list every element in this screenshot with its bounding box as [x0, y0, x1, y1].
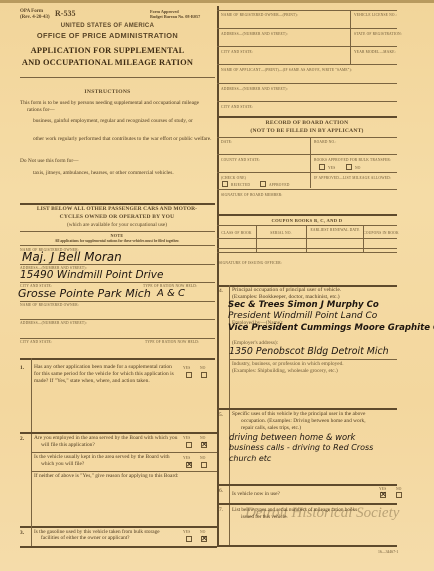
- header-divider: [20, 77, 215, 78]
- bulk-yes-label: YES: [328, 166, 335, 170]
- q5-answer-line3[interactable]: church etc: [229, 454, 271, 463]
- q3-top-rule: [20, 526, 217, 528]
- col-coupons-in-book: COUPONS IN BOOK: [363, 231, 399, 235]
- year-model-field[interactable]: [354, 55, 394, 63]
- registered-owner-field[interactable]: [221, 18, 346, 27]
- applicant-address-field[interactable]: [221, 92, 393, 101]
- watermark: Detroit Historical Society: [245, 505, 399, 522]
- coupon-books-title: COUPON BOOKS B, C, AND D: [217, 218, 397, 223]
- board-action-subtitle: (NOT TO BE FILLED IN BY APPLICANT): [217, 128, 397, 134]
- instructions-do-not: Do Not use this form for—: [20, 158, 210, 165]
- approval-line2: Budget Bureau No. 08-R057: [150, 14, 200, 19]
- q3-yes-label: YES: [183, 530, 190, 534]
- q2-text-a: Are you employed in the area served by t…: [34, 435, 178, 449]
- rule: [217, 189, 397, 190]
- owner-city-label: CITY AND STATE:: [221, 50, 253, 54]
- form-id: OPA Form (Rev. 4-20-43): [20, 9, 50, 20]
- form-bottom-rule-left: [20, 546, 217, 548]
- bulk-transfer-yes-checkbox[interactable]: [319, 164, 325, 170]
- q6-text: Is vehicle now in use?: [232, 491, 280, 498]
- q6-yes-checkbox[interactable]: [380, 492, 386, 498]
- board-box-split: [310, 137, 311, 188]
- rule: [20, 301, 215, 302]
- instructions-item-war-effort: other work regularly performed that cont…: [33, 136, 213, 143]
- form-revision: (Rev. 4-20-43): [20, 15, 50, 21]
- budget-approval: Form Approved Budget Bureau No. 08-R057: [150, 9, 200, 19]
- rejected-label: REJECTED: [231, 183, 250, 187]
- rule: [20, 282, 215, 283]
- rule: [217, 46, 397, 47]
- instructions-item-commercial: taxis, jitneys, ambulances, hearses, or …: [33, 170, 213, 177]
- instructions-intro: This form is to be used by persons needi…: [20, 100, 213, 114]
- other-owner2-field[interactable]: [20, 307, 213, 317]
- other-address2-field[interactable]: [20, 325, 213, 335]
- note-text: All applications for supplemental ration…: [18, 239, 216, 243]
- q3-text: Is the gasoline used by this vehicle tak…: [34, 529, 178, 541]
- col-serial-no: SERIAL NO.: [256, 231, 306, 235]
- rule: [20, 338, 215, 339]
- coupon-box-top: [217, 214, 397, 216]
- board-action-title: RECORD OF BOARD ACTION: [217, 120, 397, 126]
- mileage-allowed-label: IF APPROVED—LIST MILEAGE ALLOWED:: [314, 176, 391, 180]
- applicant-address-label: ADDRESS—(NUMBER AND STREET):: [221, 87, 288, 91]
- rule: [229, 359, 397, 360]
- rule: [20, 319, 215, 320]
- paper-top-edge: [0, 0, 434, 3]
- q1-text: Has any other application been made for …: [34, 364, 178, 385]
- q4-number: 4.: [219, 288, 223, 295]
- q5-text-line3: repair calls, sales trips, etc.): [241, 425, 301, 432]
- q1-number: 1.: [20, 365, 24, 372]
- col-class-of-book: CLASS OF BOOK: [217, 231, 256, 235]
- bulk-no-label: NO: [355, 166, 361, 170]
- other-address-value[interactable]: 15490 Windmill Point Drive: [20, 269, 163, 281]
- county-state-label: COUNTY AND STATE:: [221, 158, 260, 162]
- rule: [217, 83, 397, 84]
- other-vehicles-heading: LIST BELOW ALL OTHER PASSENGER CARS AND …: [18, 206, 216, 212]
- q1-no-label: NO: [200, 366, 206, 370]
- q2b-no-checkbox[interactable]: [201, 462, 207, 468]
- owner-city-field[interactable]: [221, 55, 346, 63]
- q2b-yes-checkbox[interactable]: [186, 462, 192, 468]
- instructions-item-business: business, gainful employment, regular an…: [33, 118, 213, 125]
- q4-text: Principal occupation of principal user o…: [232, 287, 341, 294]
- rule: [217, 252, 397, 253]
- q1-yes-label: YES: [183, 366, 190, 370]
- q1-explanation-field[interactable]: [34, 395, 212, 430]
- rule: [31, 452, 217, 453]
- q6-no-checkbox[interactable]: [396, 492, 402, 498]
- q3-yes-checkbox[interactable]: [186, 536, 192, 542]
- other-vehicles-heading-2: CYCLES OWNED OR OPERATED BY YOU: [18, 214, 216, 220]
- vehicle-box-split: [350, 10, 351, 64]
- note-heading: NOTE: [18, 233, 216, 238]
- board-member-signature-field[interactable]: [221, 198, 393, 209]
- rule: [217, 137, 397, 138]
- form-title-line2: AND OCCUPATIONAL MILEAGE RATION: [0, 58, 215, 67]
- board-member-signature-label: SIGNATURE OF BOARD MEMBER:: [221, 193, 283, 197]
- instructions-heading: INSTRUCTIONS: [0, 89, 215, 95]
- q6-top-rule: [217, 484, 397, 486]
- registered-owner-label: NAME OF REGISTERED OWNER—(PRINT):: [221, 13, 298, 17]
- applicant-city-label: CITY AND STATE:: [221, 105, 253, 109]
- q2a-yes-checkbox[interactable]: [186, 442, 192, 448]
- q2-text-c: If neither of above is "Yes," give reaso…: [34, 473, 214, 480]
- approved-checkbox[interactable]: [260, 181, 266, 187]
- rule: [217, 154, 397, 155]
- q4-answer-line1[interactable]: Sec & Trees Simon J Murphy Co: [228, 300, 379, 310]
- q7-number: 7.: [219, 507, 223, 514]
- q5-text-line2: occupation. (Examples: Driving between h…: [241, 418, 366, 425]
- rejected-checkbox[interactable]: [222, 181, 228, 187]
- applicant-name-field[interactable]: [221, 73, 393, 82]
- left-number-column: [31, 526, 32, 546]
- rule: [20, 264, 215, 265]
- q3-no-checkbox[interactable]: [201, 536, 207, 542]
- q5-top-rule: [217, 408, 397, 410]
- board-box-top: [217, 116, 397, 118]
- bulk-transfer-label: BOOKS APPROVED FOR BULK TRANSFER:: [314, 158, 391, 162]
- q6-number: 6.: [219, 488, 223, 495]
- form-title-line1: APPLICATION FOR SUPPLEMENTAL: [0, 46, 215, 55]
- industry-examples: (Examples: Shipbuilding, wholesale groce…: [232, 368, 338, 375]
- other-ration-type-value[interactable]: A & C: [157, 288, 185, 299]
- q1-yes-checkbox[interactable]: [186, 372, 192, 378]
- applicant-city-field[interactable]: [221, 110, 393, 115]
- ration-application-form: OPA Form (Rev. 4-20-43) R-535 Form Appro…: [0, 0, 434, 571]
- approved-label: APPROVED: [269, 183, 290, 187]
- q2b-no-label: NO: [200, 456, 206, 460]
- other-city2-field[interactable]: [20, 344, 213, 354]
- q2-top-rule: [20, 432, 217, 434]
- q6-no-label: NO: [396, 487, 402, 491]
- state-registration-label: STATE OF REGISTRATION:: [354, 32, 402, 36]
- license-no-field[interactable]: [354, 18, 394, 27]
- rule: [217, 101, 397, 102]
- rule: [217, 64, 397, 65]
- q7-field[interactable]: [232, 521, 394, 541]
- board-date-label: DATE:: [221, 140, 232, 144]
- q5-number: 5.: [219, 412, 223, 419]
- q2a-yes-label: YES: [183, 436, 190, 440]
- q2-text-b: Is the vehicle usually kept in the area …: [34, 454, 178, 468]
- instructions-divider: [20, 203, 215, 205]
- q4-answer-line4[interactable]: 1350 Penobscot Bldg Detroit Mich: [229, 346, 389, 357]
- bulk-transfer-no-checkbox[interactable]: [346, 164, 352, 170]
- agency-name: OFFICE OF PRICE ADMINISTRATION: [0, 31, 215, 40]
- q3-number: 3.: [20, 530, 24, 537]
- rule: [217, 28, 397, 29]
- check-one-label: (CHECK ONE): [221, 176, 246, 180]
- rule: [217, 172, 397, 173]
- col-earliest-renewal: EARLIEST RENEWAL DATE: [308, 228, 362, 233]
- owner-address-field[interactable]: [221, 37, 346, 46]
- issuing-officer-signature-field[interactable]: [219, 266, 395, 282]
- license-no-label: VEHICLE LICENSE NO.:: [354, 13, 397, 17]
- other-vehicles-subheading: (which are available for your occupation…: [18, 222, 216, 228]
- form-bottom-rule-right: [217, 545, 397, 547]
- other-owner-value[interactable]: Maj. J Bell Moran: [22, 250, 122, 264]
- year-model-label: YEAR MODEL—MAKE:: [354, 50, 396, 54]
- q4-answer-line3[interactable]: Vice President Cummings Moore Graphite C…: [228, 323, 434, 333]
- rule: [217, 225, 397, 226]
- industry-field[interactable]: [232, 376, 394, 406]
- rule: [20, 245, 215, 246]
- state-registration-field[interactable]: [354, 37, 394, 46]
- rule: [217, 248, 397, 249]
- left-number-column: [31, 358, 32, 528]
- applicant-name-label: NAME OF APPLICANT—(PRINT)—(IF SAME AS AB…: [221, 68, 352, 72]
- questions-top-rule: [20, 358, 215, 360]
- q5-text-line1: Specific uses of this vehicle by the pri…: [232, 411, 365, 418]
- owner-address-label: ADDRESS—(NUMBER AND STREET):: [221, 32, 288, 36]
- agency-country: UNITED STATES OF AMERICA: [0, 23, 215, 29]
- q5-answer-line1[interactable]: driving between home & work: [229, 432, 355, 442]
- q5-answer-line2[interactable]: business calls - driving to Red Cross: [229, 443, 373, 452]
- rule: [20, 231, 215, 232]
- industry-label: Industry, business, or profession in whi…: [232, 361, 344, 368]
- issuing-officer-signature-label: SIGNATURE OF ISSUING OFFICER:: [219, 261, 282, 265]
- q2-reason-field[interactable]: [34, 488, 212, 514]
- rule: [31, 471, 217, 472]
- q1-no-checkbox[interactable]: [201, 372, 207, 378]
- vehicle-box-top: [217, 10, 397, 11]
- other-city-value[interactable]: Grosse Pointe Park Mich: [18, 287, 151, 300]
- q2a-no-checkbox[interactable]: [201, 442, 207, 448]
- q2-number: 2.: [20, 436, 24, 443]
- board-no-label: BOARD NO.:: [314, 140, 337, 144]
- print-code: 16—34467-1: [378, 550, 398, 554]
- form-number: R-535: [55, 9, 75, 18]
